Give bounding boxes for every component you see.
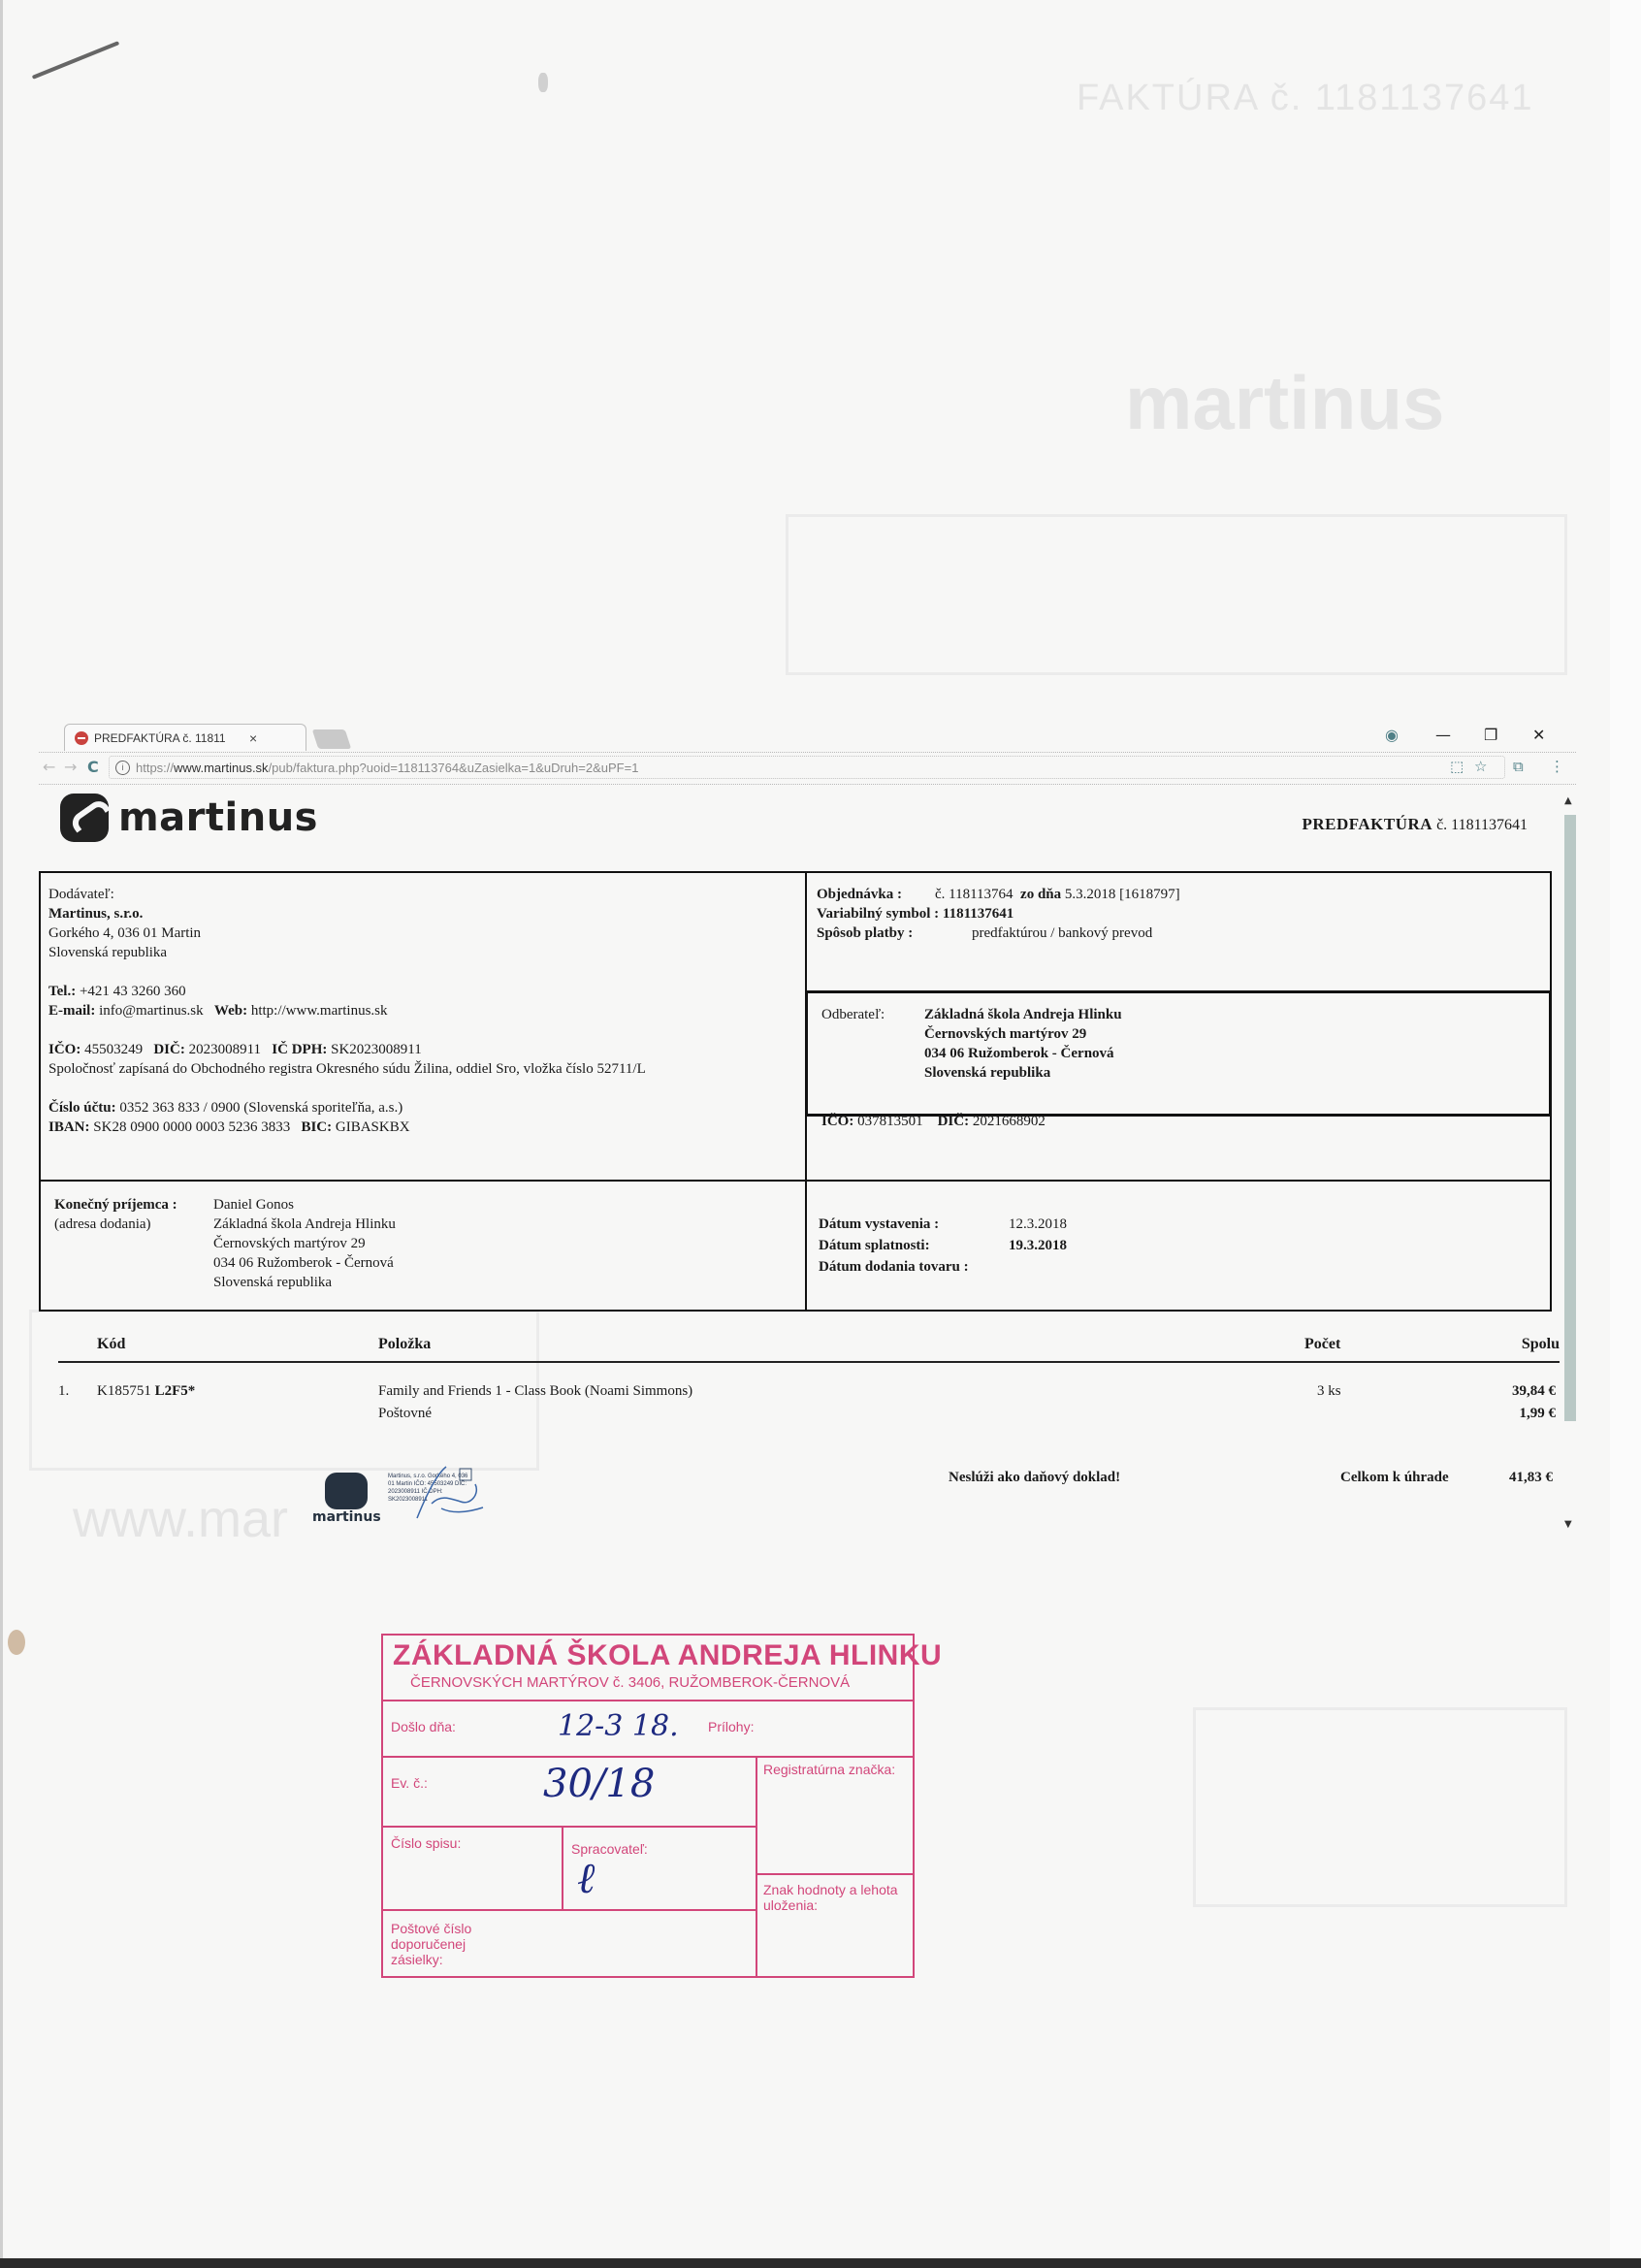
close-tab-icon[interactable]: ×	[249, 730, 257, 746]
supplier-web: http://www.martinus.sk	[251, 1003, 388, 1019]
supplier-ico: 45503249	[84, 1042, 143, 1057]
browser-toolbar: ← → C i https://www.martinus.sk/pub/fakt…	[39, 752, 1576, 785]
supplier-icdph: SK2023008911	[331, 1042, 422, 1057]
order-number: č. 118113764	[935, 887, 1014, 902]
supplier-label: Dodávateľ:	[48, 885, 797, 904]
item-index: 1.	[58, 1383, 69, 1400]
customer-label: Odberateľ:	[821, 1005, 885, 1024]
attachments-label: Prílohy:	[708, 1719, 754, 1734]
forward-icon[interactable]: →	[64, 758, 77, 776]
issued-date: 12.3.2018	[1009, 1216, 1067, 1232]
received-label: Došlo dňa:	[391, 1719, 456, 1734]
account-label: Číslo účtu:	[48, 1100, 116, 1116]
recipient-street: Černovských martýrov 29	[213, 1234, 396, 1253]
ghost-box	[1193, 1707, 1567, 1907]
close-window-icon[interactable]: ✕	[1532, 726, 1545, 744]
item-qty: 3 ks	[1317, 1383, 1341, 1400]
browser-window: PREDFAKTÚRA č. 11811 × ◉ — ❐ ✕ ← → C i h…	[39, 716, 1576, 1545]
document-title: PREDFAKTÚRA č. 1181137641	[1303, 815, 1528, 834]
stamp-logo-text: martinus	[312, 1509, 381, 1525]
supplier-dic: 2023008911	[189, 1042, 261, 1057]
customer-street: Černovských martýrov 29	[924, 1024, 1122, 1044]
customer-city: 034 06 Ružomberok - Černová	[924, 1044, 1122, 1063]
recipient-country: Slovenská republika	[213, 1273, 396, 1292]
scan-edge	[0, 2258, 1641, 2268]
item-name: Poštovné	[378, 1406, 432, 1422]
item-code: K185751 L2F5*	[97, 1383, 195, 1400]
customer-spacer	[805, 1114, 1552, 1183]
logo-text: martinus	[118, 795, 318, 840]
supplier-name: Martinus, s.r.o.	[48, 906, 143, 922]
paper-stain	[8, 1630, 25, 1655]
tel-label: Tel.:	[48, 984, 76, 999]
table-row: Poštovné 1,99 €	[58, 1406, 1560, 1427]
order-label: Objednávka :	[817, 885, 935, 904]
ghost-logo: martinus	[1125, 359, 1444, 447]
martinus-stamp-icon	[325, 1473, 368, 1509]
url-scheme: https://	[136, 761, 174, 775]
payment-method: predfaktúrou / bankový prevod	[972, 925, 1152, 941]
due-date: 19.3.2018	[1009, 1238, 1067, 1253]
back-icon[interactable]: ←	[43, 758, 55, 776]
items-table-header: Kód Položka Počet Spolu	[58, 1332, 1560, 1363]
col-code: Kód	[97, 1336, 125, 1353]
supplier-register: Spoločnosť zapísaná do Obchodného regist…	[48, 1059, 737, 1079]
order-box: Objednávka :č. 118113764 zo dňa 5.3.2018…	[805, 871, 1552, 992]
url-path: /pub/faktura.php?uoid=118113764&uZasielk…	[269, 761, 639, 775]
scroll-up-icon[interactable]: ▲	[1564, 795, 1572, 806]
signature	[407, 1465, 485, 1523]
payment-label: Spôsob platby :	[817, 923, 972, 943]
order-date-label: zo dňa	[1020, 887, 1061, 902]
extension-icon[interactable]: ⬚	[1450, 758, 1464, 775]
tab-title: PREDFAKTÚRA č. 11811	[94, 731, 240, 745]
supplier-country: Slovenská republika	[48, 943, 797, 962]
recipient-org: Základná škola Andreja Hlinku	[213, 1215, 396, 1234]
supplier-account: 0352 363 833 / 0900 (Slovenská sporiteľň…	[119, 1100, 402, 1116]
dates-box: Dátum vystavenia :12.3.2018 Dátum splatn…	[805, 1180, 1552, 1312]
order-date: 5.3.2018 [1618797]	[1065, 887, 1180, 902]
grand-total: 41,83 €	[1509, 1470, 1553, 1486]
supplier-street: Gorkého 4, 036 01 Martin	[48, 923, 797, 943]
minimize-icon[interactable]: —	[1435, 726, 1451, 744]
issued-label: Dátum vystavenia :	[819, 1215, 1009, 1234]
icdph-label: IČ DPH:	[272, 1042, 327, 1057]
reload-icon[interactable]: C	[87, 758, 99, 776]
due-label: Dátum splatnosti:	[819, 1236, 1009, 1255]
dic-label: DIČ:	[153, 1042, 185, 1057]
supplier-tel: +421 43 3260 360	[80, 984, 186, 999]
scrollbar-thumb[interactable]	[1564, 815, 1576, 1421]
paper-speck	[538, 73, 548, 92]
customer-box: Odberateľ: Základná škola Andreja Hlinku…	[805, 990, 1552, 1117]
registry-stamp: ZÁKLADNÁ ŠKOLA ANDREJA HLINKU ČERNOVSKÝC…	[381, 1634, 915, 1978]
bic-label: BIC:	[301, 1119, 332, 1135]
scan-edge	[1610, 0, 1641, 2268]
col-item: Položka	[378, 1336, 431, 1353]
item-total: 1,99 €	[1520, 1406, 1557, 1422]
supplier-email: info@martinus.sk	[99, 1003, 204, 1019]
document-number: č. 1181137641	[1436, 817, 1528, 833]
delivery-label: Dátum dodania tovaru :	[819, 1259, 969, 1275]
recipient-sublabel: (adresa dodania)	[54, 1215, 177, 1234]
supplier-iban: SK28 0900 0000 0003 5236 3833	[93, 1119, 290, 1135]
not-tax-document-note: Neslúži ako daňový doklad!	[949, 1470, 1120, 1486]
registry-mark-label: Registratúrna značka:	[763, 1762, 895, 1777]
ev-value: 30/18	[543, 1762, 655, 1806]
vs-label: Variabilný symbol :	[817, 906, 939, 922]
col-qty: Počet	[1304, 1336, 1340, 1353]
processor-value: ℓ	[577, 1854, 595, 1903]
bookmark-star-icon[interactable]: ☆	[1474, 758, 1487, 775]
site-info-icon[interactable]: i	[115, 761, 130, 775]
new-tab-button[interactable]	[312, 729, 351, 749]
web-label: Web:	[214, 1003, 247, 1019]
ico-label: IČO:	[48, 1042, 80, 1057]
postal-number-label: Poštové číslo doporučenej zásielky:	[391, 1921, 488, 1967]
customer-name: Základná škola Andreja Hlinku	[924, 1005, 1122, 1024]
pen-mark	[32, 41, 120, 80]
ev-label: Ev. č.:	[391, 1775, 428, 1791]
ghost-box	[786, 514, 1567, 675]
customer-country: Slovenská republika	[924, 1063, 1122, 1083]
iban-label: IBAN:	[48, 1119, 90, 1135]
company-stamp-logo: martinus	[312, 1473, 381, 1525]
recipient-label: Konečný príjemca :	[54, 1197, 177, 1213]
account-icon[interactable]: ◉	[1385, 726, 1399, 744]
recipient-box: Konečný príjemca : (adresa dodania) Dani…	[39, 1180, 807, 1312]
martinus-logo: martinus	[60, 794, 318, 842]
extension-icon-2[interactable]: ⧉	[1513, 758, 1524, 775]
document-type: PREDFAKTÚRA	[1303, 815, 1433, 833]
martinus-logo-icon	[60, 794, 109, 842]
stamp-school-name: ZÁKLADNÁ ŠKOLA ANDREJA HLINKU	[393, 1639, 942, 1672]
recipient-city: 034 06 Ružomberok - Černová	[213, 1253, 396, 1273]
browser-menu-icon[interactable]: ⋮	[1550, 758, 1564, 775]
table-row: 1. K185751 L2F5* Family and Friends 1 - …	[58, 1383, 1560, 1405]
martinus-favicon-icon	[75, 731, 88, 745]
browser-tab[interactable]: PREDFAKTÚRA č. 11811 ×	[64, 724, 306, 751]
variable-symbol: 1181137641	[943, 906, 1014, 922]
col-total: Spolu	[1522, 1336, 1560, 1353]
supplier-bic: GIBASKBX	[336, 1119, 410, 1135]
email-label: E-mail:	[48, 1003, 95, 1019]
address-bar[interactable]: i https://www.martinus.sk/pub/faktura.ph…	[109, 756, 1505, 779]
restore-icon[interactable]: ❐	[1484, 726, 1497, 744]
scroll-down-icon[interactable]: ▼	[1564, 1519, 1572, 1530]
item-name: Family and Friends 1 - Class Book (Noami…	[378, 1383, 692, 1400]
recipient-name: Daniel Gonos	[213, 1195, 396, 1215]
value-retention-label: Znak hodnoty a lehota uloženia:	[763, 1882, 909, 1913]
item-total: 39,84 €	[1512, 1383, 1556, 1400]
file-number-label: Číslo spisu:	[391, 1835, 461, 1851]
grand-total-label: Celkom k úhrade	[1340, 1470, 1449, 1486]
ghost-invoice-title: FAKTÚRA č. 1181137641	[1077, 78, 1534, 119]
url-host: www.martinus.sk	[174, 761, 269, 775]
supplier-box: Dodávateľ: Martinus, s.r.o. Gorkého 4, 0…	[39, 871, 807, 1182]
scan-edge	[0, 0, 3, 2268]
received-value: 12-3 18.	[558, 1709, 679, 1743]
stamp-school-address: ČERNOVSKÝCH MARTÝROV č. 3406, RUŽOMBEROK…	[410, 1674, 850, 1691]
